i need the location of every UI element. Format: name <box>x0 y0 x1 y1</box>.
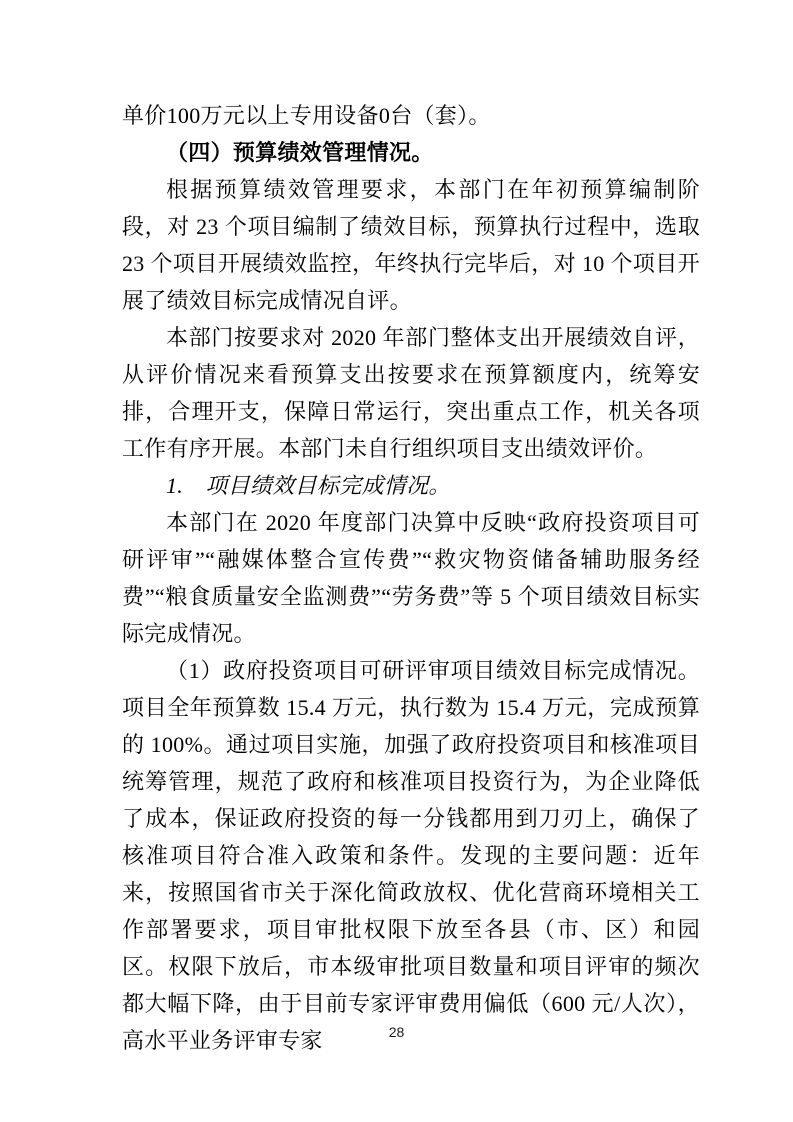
paragraph-self-evaluation: 本部门按要求对 2020 年部门整体支出开展绩效自评，从评价情况来看预算支出按要… <box>122 319 700 467</box>
paragraph-projects-reflected: 本部门在 2020 年度部门决算中反映“政府投资项目可研评审”“融媒体整合宣传费… <box>122 504 700 652</box>
subheading-item1: 1. 项目绩效目标完成情况。 <box>122 467 700 504</box>
continuation-line: 单价100万元以上专用设备0台（套）。 <box>122 97 700 134</box>
page-number: 28 <box>0 1023 793 1041</box>
paragraph-budget-targets: 根据预算绩效管理要求，本部门在年初预算编制阶段，对 23 个项目编制了绩效目标，… <box>122 171 700 319</box>
section-heading: （四）预算绩效管理情况。 <box>122 134 700 171</box>
document-page: 单价100万元以上专用设备0台（套）。 （四）预算绩效管理情况。 根据预算绩效管… <box>0 0 793 1122</box>
document-body: 单价100万元以上专用设备0台（套）。 （四）预算绩效管理情况。 根据预算绩效管… <box>122 97 700 1059</box>
paragraph-project1-detail: （1）政府投资项目可研评审项目绩效目标完成情况。项目全年预算数 15.4 万元，… <box>122 652 700 1059</box>
